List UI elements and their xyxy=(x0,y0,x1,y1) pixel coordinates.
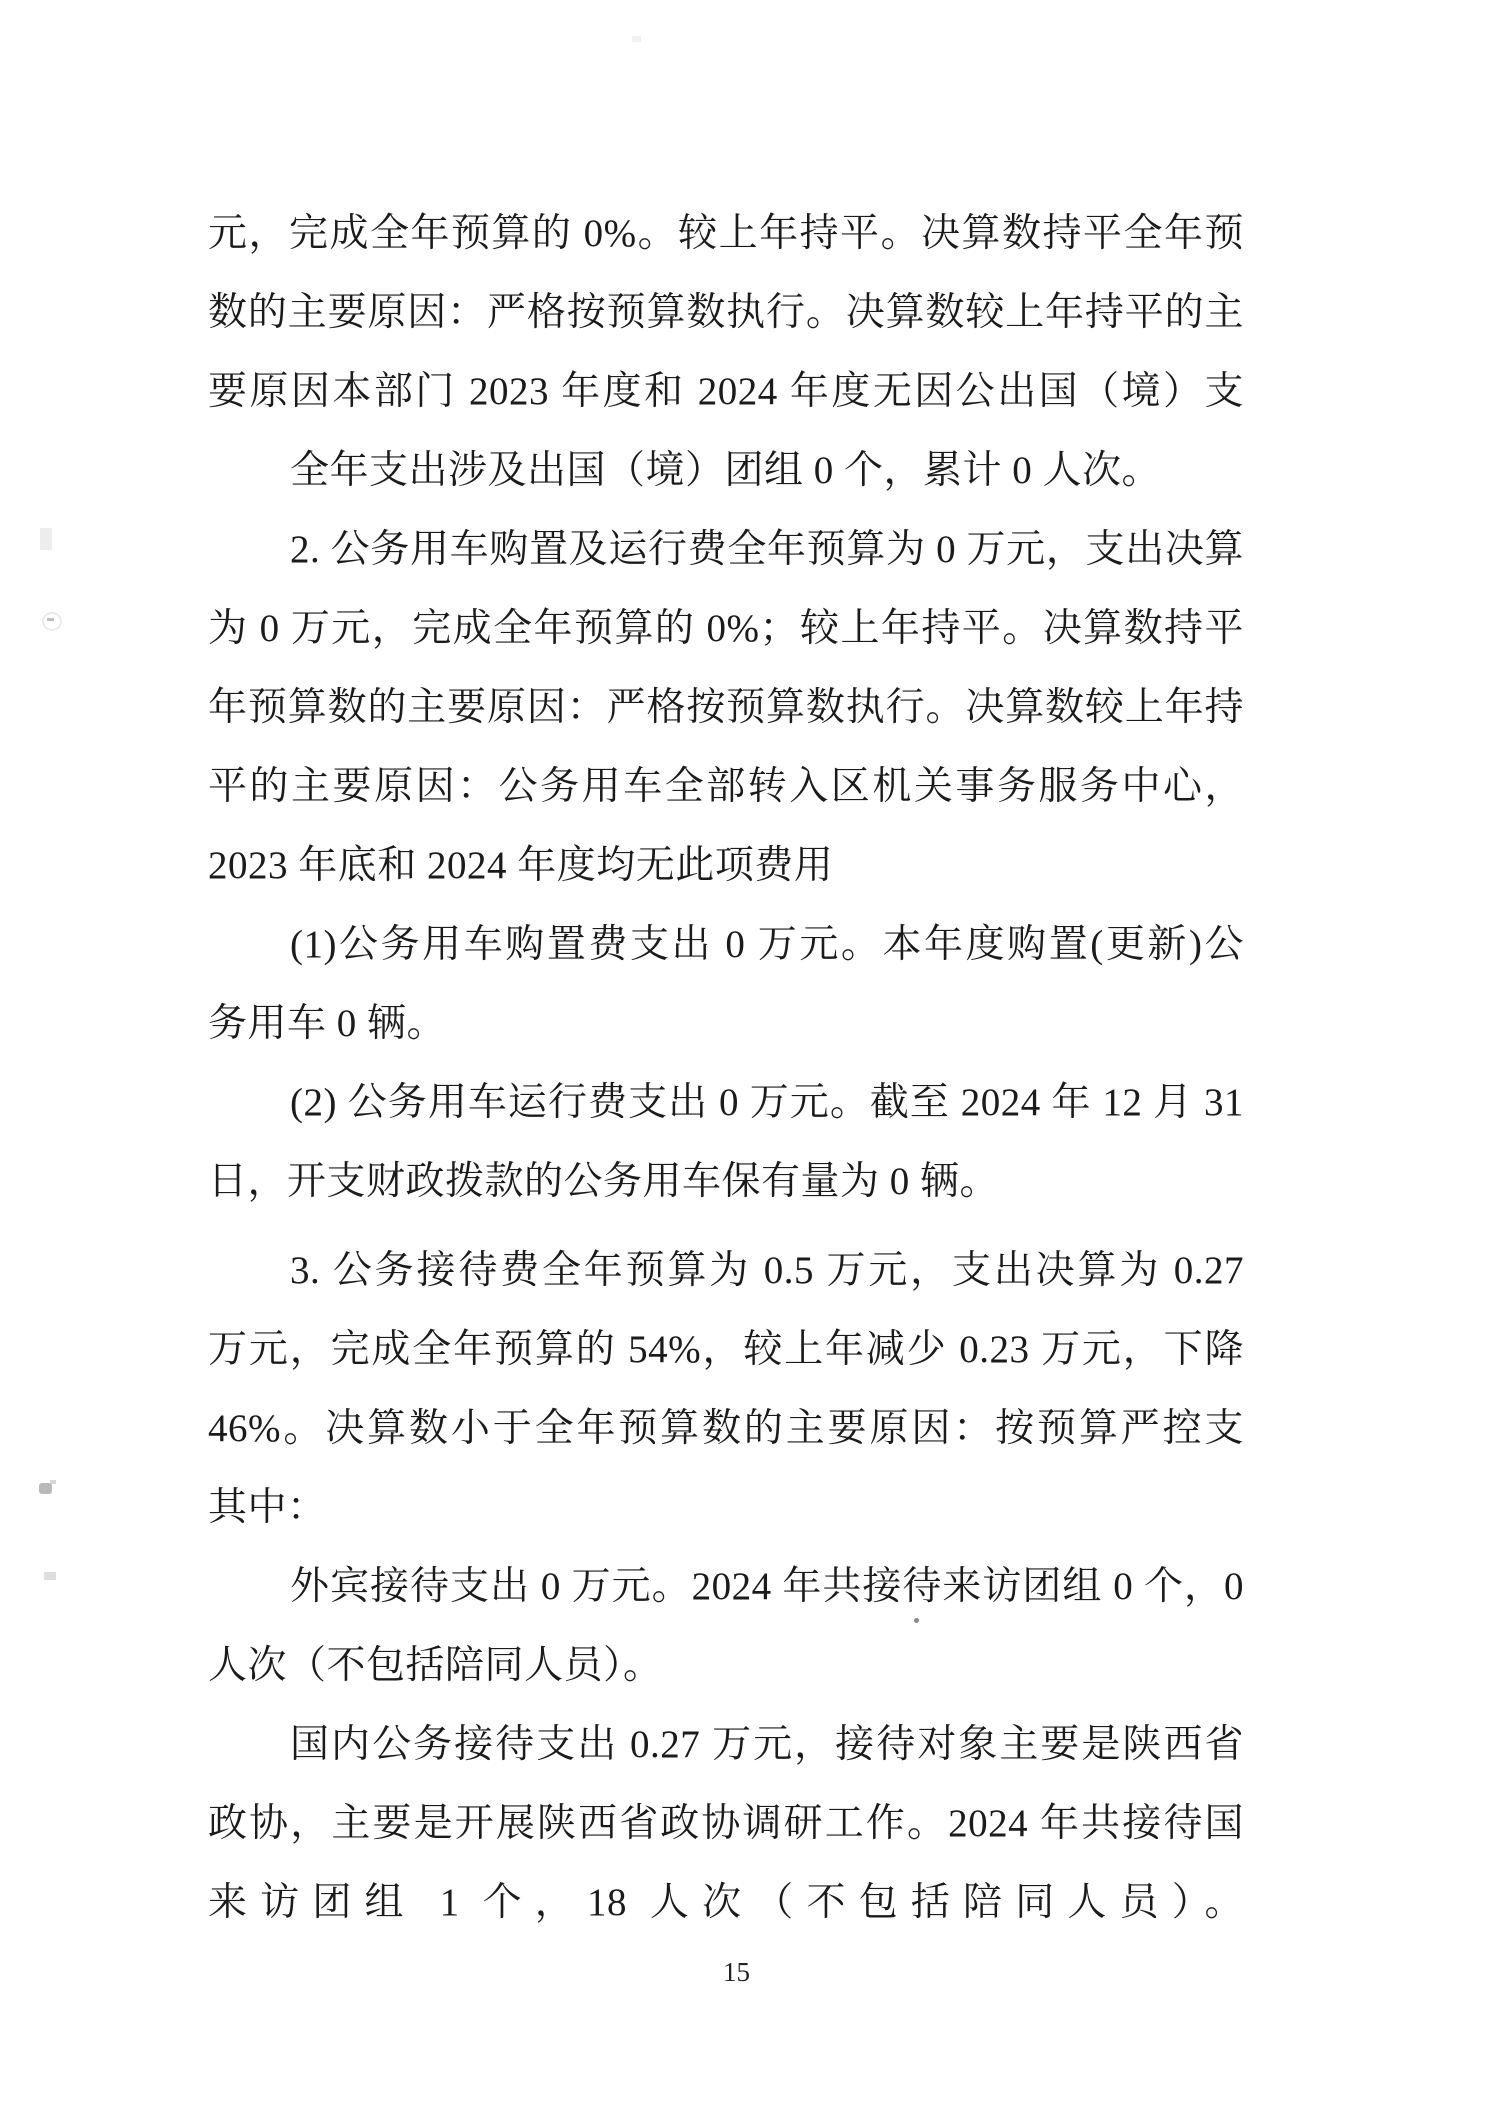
scan-artifact xyxy=(39,1483,52,1494)
text-line: 平的主要原因：公务用车全部转入区机关事务服务中心， xyxy=(208,747,1244,826)
document-page: 元，完成全年预算的 0%。较上年持平。决算数持平全年预算数的主要原因：严格按预算… xyxy=(0,0,1487,2102)
text-line: 为 0 万元，完成全年预算的 0%；较上年持平。决算数持平全 xyxy=(208,589,1244,668)
scan-artifact xyxy=(47,618,54,621)
text-line: 外宾接待支出 0 万元。2024 年共接待来访团组 0 个，0 xyxy=(208,1547,1244,1626)
text-line: 来访团组 1 个，18 人次（不包括陪同人员）。 xyxy=(208,1863,1244,1942)
text-line: 人次（不包括陪同人员）。 xyxy=(208,1626,1244,1705)
text-line: 国内公务接待支出 0.27 万元，接待对象主要是陕西省 xyxy=(208,1705,1244,1784)
text-line: (2) 公务用车运行费支出 0 万元。截至 2024 年 12 月 31 xyxy=(208,1063,1244,1142)
text-line: 全年支出涉及出国（境）团组 0 个，累计 0 人次。 xyxy=(208,431,1244,510)
text-line: 其中： xyxy=(208,1468,1244,1547)
text-line: 数的主要原因：严格按预算数执行。决算数较上年持平的主 xyxy=(208,273,1244,352)
text-line: (1)公务用车购置费支出 0 万元。本年度购置(更新)公 xyxy=(208,905,1244,984)
text-line: 要原因本部门 2023 年度和 2024 年度无因公出国（境）支出。 xyxy=(208,352,1244,431)
text-line: 元，完成全年预算的 0%。较上年持平。决算数持平全年预算 xyxy=(208,194,1244,273)
text-line: 日，开支财政拨款的公务用车保有量为 0 辆。 xyxy=(208,1142,1244,1221)
text-line: 46%。决算数小于全年预算数的主要原因：按预算严控支出。 xyxy=(208,1389,1244,1468)
scan-artifact xyxy=(632,36,641,42)
scan-artifact xyxy=(42,612,62,631)
document-body: 元，完成全年预算的 0%。较上年持平。决算数持平全年预算数的主要原因：严格按预算… xyxy=(208,194,1244,1942)
scan-artifact xyxy=(44,1572,56,1580)
text-line: 3. 公务接待费全年预算为 0.5 万元，支出决算为 0.27 xyxy=(208,1231,1244,1310)
text-line: 万元，完成全年预算的 54%，较上年减少 0.23 万元，下降 xyxy=(208,1310,1244,1389)
text-line: 务用车 0 辆。 xyxy=(208,984,1244,1063)
page-number: 15 xyxy=(0,1950,1473,1994)
text-line: 2023 年底和 2024 年度均无此项费用 xyxy=(208,826,1244,905)
scan-artifact xyxy=(40,528,52,550)
text-line: 年预算数的主要原因：严格按预算数执行。决算数较上年持 xyxy=(208,668,1244,747)
scan-artifact xyxy=(50,1480,56,1484)
text-line: 政协，主要是开展陕西省政协调研工作。2024 年共接待国内 xyxy=(208,1784,1244,1863)
text-line: 2. 公务用车购置及运行费全年预算为 0 万元，支出决算 xyxy=(208,510,1244,589)
